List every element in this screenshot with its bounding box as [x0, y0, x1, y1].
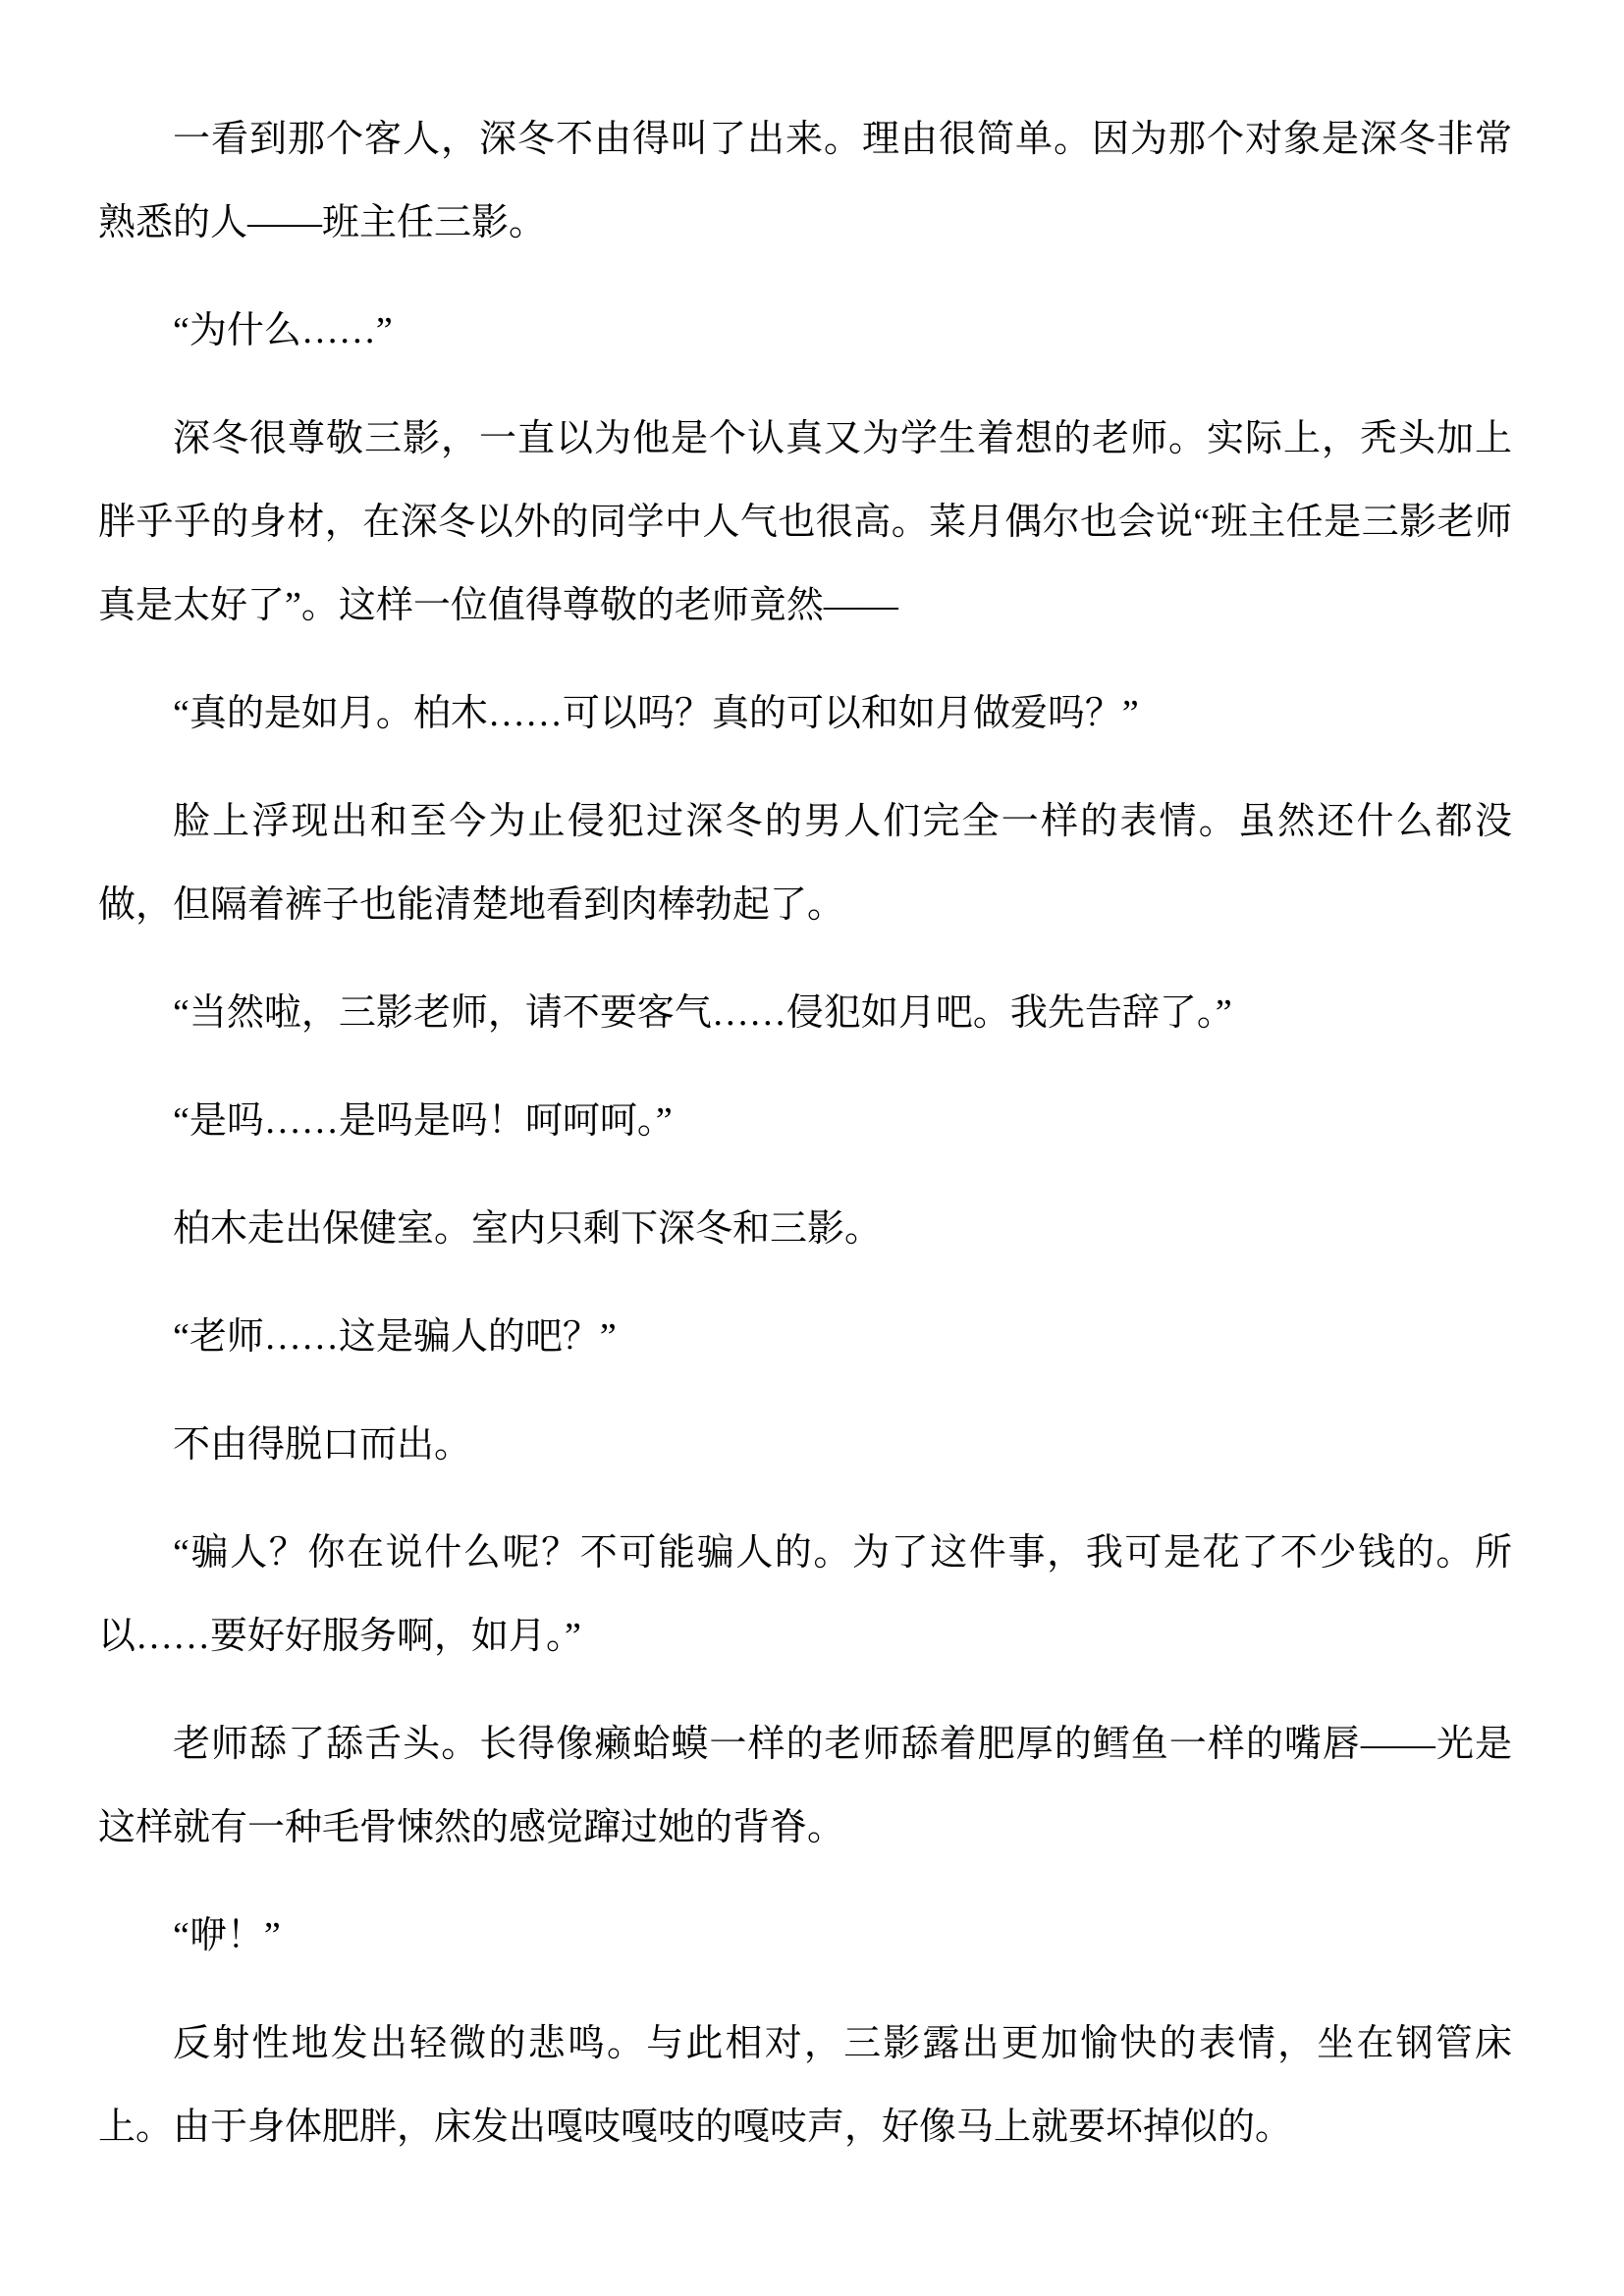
- paragraph: 脸上浮现出和至今为止侵犯过深冬的男人们完全一样的表情。虽然还什么都没做，但隔着裤…: [98, 780, 1512, 947]
- paragraph: “是吗……是吗是吗！呵呵呵。”: [98, 1080, 1512, 1163]
- paragraph: “真的是如月。柏木……可以吗？真的可以和如月做爱吗？”: [98, 672, 1512, 756]
- paragraph: “老师……这是骗人的吧？”: [98, 1296, 1512, 1379]
- paragraph: 柏木走出保健室。室内只剩下深冬和三影。: [98, 1188, 1512, 1271]
- paragraph: 老师舔了舔舌头。长得像癞蛤蟆一样的老师舔着肥厚的鳕鱼一样的嘴唇——光是这样就有一…: [98, 1703, 1512, 1870]
- paragraph: “为什么……”: [98, 290, 1512, 373]
- document-page: 一看到那个客人，深冬不由得叫了出来。理由很简单。因为那个对象是深冬非常熟悉的人—…: [0, 0, 1624, 2296]
- paragraph: 一看到那个客人，深冬不由得叫了出来。理由很简单。因为那个对象是深冬非常熟悉的人—…: [98, 98, 1512, 265]
- paragraph: 深冬很尊敬三影，一直以为他是个认真又为学生着想的老师。实际上，秃头加上胖乎乎的身…: [98, 398, 1512, 648]
- paragraph: 不由得脱口而出。: [98, 1404, 1512, 1487]
- paragraph: 反射性地发出轻微的悲鸣。与此相对，三影露出更加愉快的表情，坐在钢管床上。由于身体…: [98, 2002, 1512, 2169]
- paragraph: “咿！”: [98, 1895, 1512, 1978]
- paragraph: “当然啦，三影老师，请不要客气……侵犯如月吧。我先告辞了。”: [98, 972, 1512, 1055]
- paragraph: “骗人？你在说什么呢？不可能骗人的。为了这件事，我可是花了不少钱的。所以……要好…: [98, 1512, 1512, 1679]
